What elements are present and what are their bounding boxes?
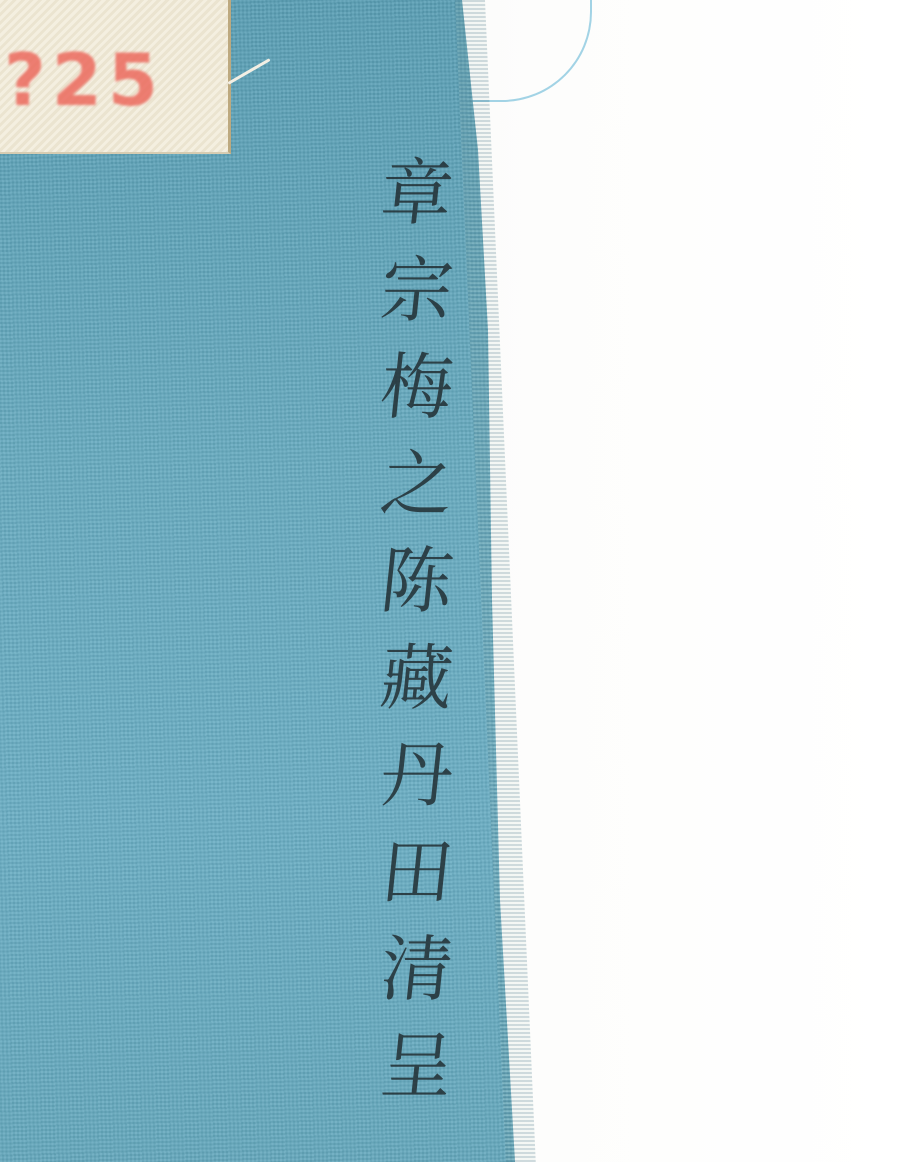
calligraphy-inscription: 章 宗 梅 之 陈 藏 丹 田 清 呈	[362, 145, 472, 1115]
inscription-char: 梅	[357, 339, 477, 436]
inscription-char: 宗	[357, 242, 477, 339]
inscription-char: 之	[357, 436, 477, 533]
inscription-char: 藏	[357, 630, 477, 727]
inscription-char: 呈	[357, 1018, 477, 1115]
inscription-char: 丹	[357, 727, 477, 824]
fabric-label-tag: ?25	[0, 0, 231, 154]
inscription-char: 章	[357, 145, 477, 242]
inscription-char: 田	[357, 824, 477, 921]
inscription-char: 陈	[357, 533, 477, 630]
inscription-char: 清	[357, 921, 477, 1018]
label-number: ?25	[4, 38, 164, 122]
